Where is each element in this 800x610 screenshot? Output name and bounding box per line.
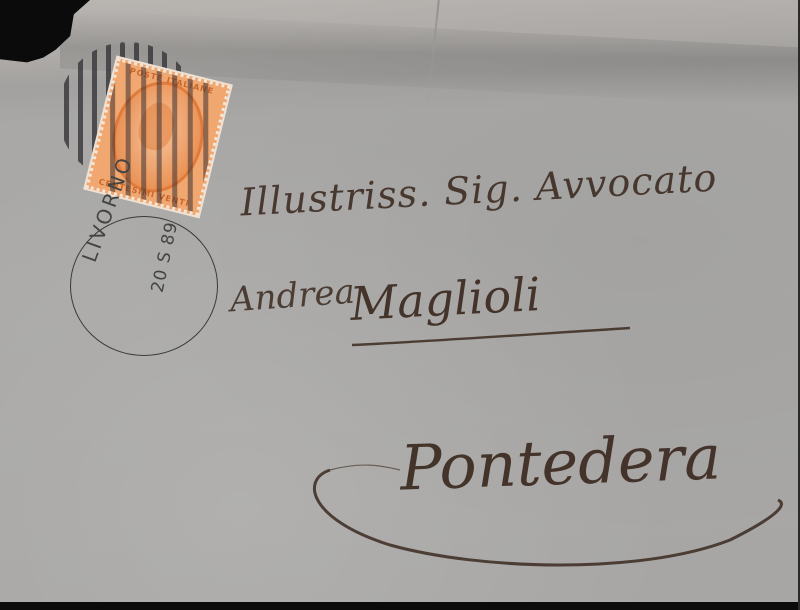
surname-underline: [352, 328, 630, 345]
address-first-name: Andrea: [229, 272, 356, 321]
address-surname: Maglioli: [349, 267, 542, 331]
postmark-date: 20 S 89: [148, 220, 183, 294]
background-edge: [0, 602, 800, 610]
address-city: Pontedera: [399, 420, 722, 504]
address-line-title: Illustriss. Sig. Avvocato: [239, 156, 718, 225]
envelope: POSTE ITALIANE CENTESIMI VENTI LIVORNO 2…: [0, 0, 798, 602]
circular-date-stamp: LIVORNO 20 S 89: [70, 216, 218, 356]
